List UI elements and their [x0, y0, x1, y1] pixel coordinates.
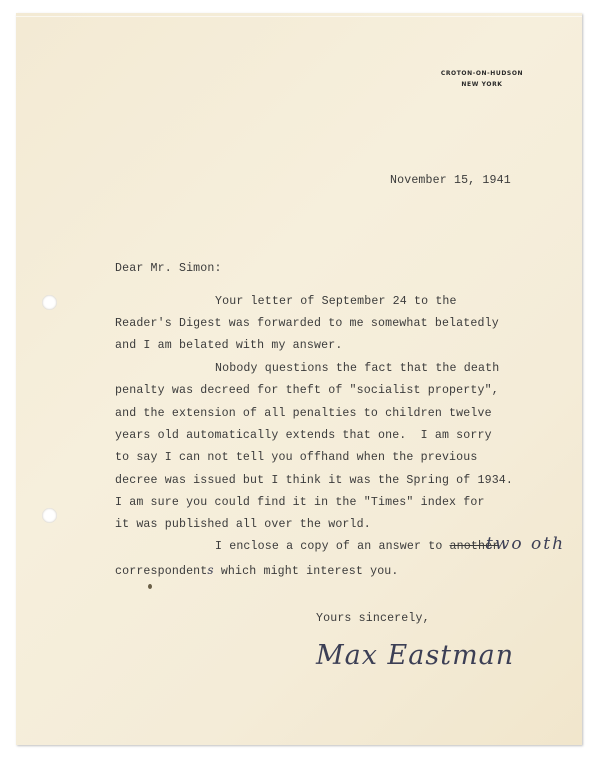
body-line-6: and the extension of all penalties to ch… — [115, 407, 492, 420]
page-edge-highlight — [16, 16, 582, 17]
punch-hole-top — [42, 295, 57, 310]
faint-pencil-notes — [34, 23, 37, 36]
body-line-2: Reader's Digest was forwarded to me some… — [115, 317, 499, 330]
closing: Yours sincerely, — [316, 612, 430, 625]
body-line-5: penalty was decreed for theft of "social… — [115, 384, 499, 397]
body-line-10: I am sure you could find it in the "Time… — [115, 496, 485, 509]
enclosure-line: I enclose a copy of an answer to another — [215, 540, 499, 553]
signature: Max Eastman — [316, 640, 514, 671]
body-line-11: it was published all over the world. — [115, 518, 371, 531]
body-line-7: years old automatically extends that one… — [115, 429, 492, 442]
body-line-8: to say I can not tell you offhand when t… — [115, 451, 477, 464]
letterhead-state: NEW YORK — [422, 79, 542, 90]
correspondent-word: correspondent — [115, 565, 207, 578]
body-line-1: Your letter of September 24 to the — [215, 295, 457, 308]
handwritten-s: s — [207, 563, 213, 577]
letter-page: CROTON-ON-HUDSON NEW YORK November 15, 1… — [16, 13, 582, 745]
letterhead: CROTON-ON-HUDSON NEW YORK — [422, 68, 542, 90]
body-line-3: and I am belated with my answer. — [115, 339, 342, 352]
correspondents-rest: which might interest you. — [214, 565, 399, 578]
body-line-9: decree was issued but I think it was the… — [115, 474, 513, 487]
letter-date: November 15, 1941 — [390, 174, 511, 187]
correspondents-line: correspondents which might interest you. — [115, 563, 399, 578]
ink-dot — [148, 584, 152, 589]
salutation: Dear Mr. Simon: — [115, 262, 222, 275]
letterhead-city: CROTON-ON-HUDSON — [422, 68, 542, 79]
punch-hole-bottom — [42, 508, 57, 523]
body-line-4: Nobody questions the fact that the death — [215, 362, 499, 375]
enclosure-text: I enclose a copy of an answer to — [215, 540, 450, 553]
handwritten-insertion: two oth — [486, 534, 565, 554]
